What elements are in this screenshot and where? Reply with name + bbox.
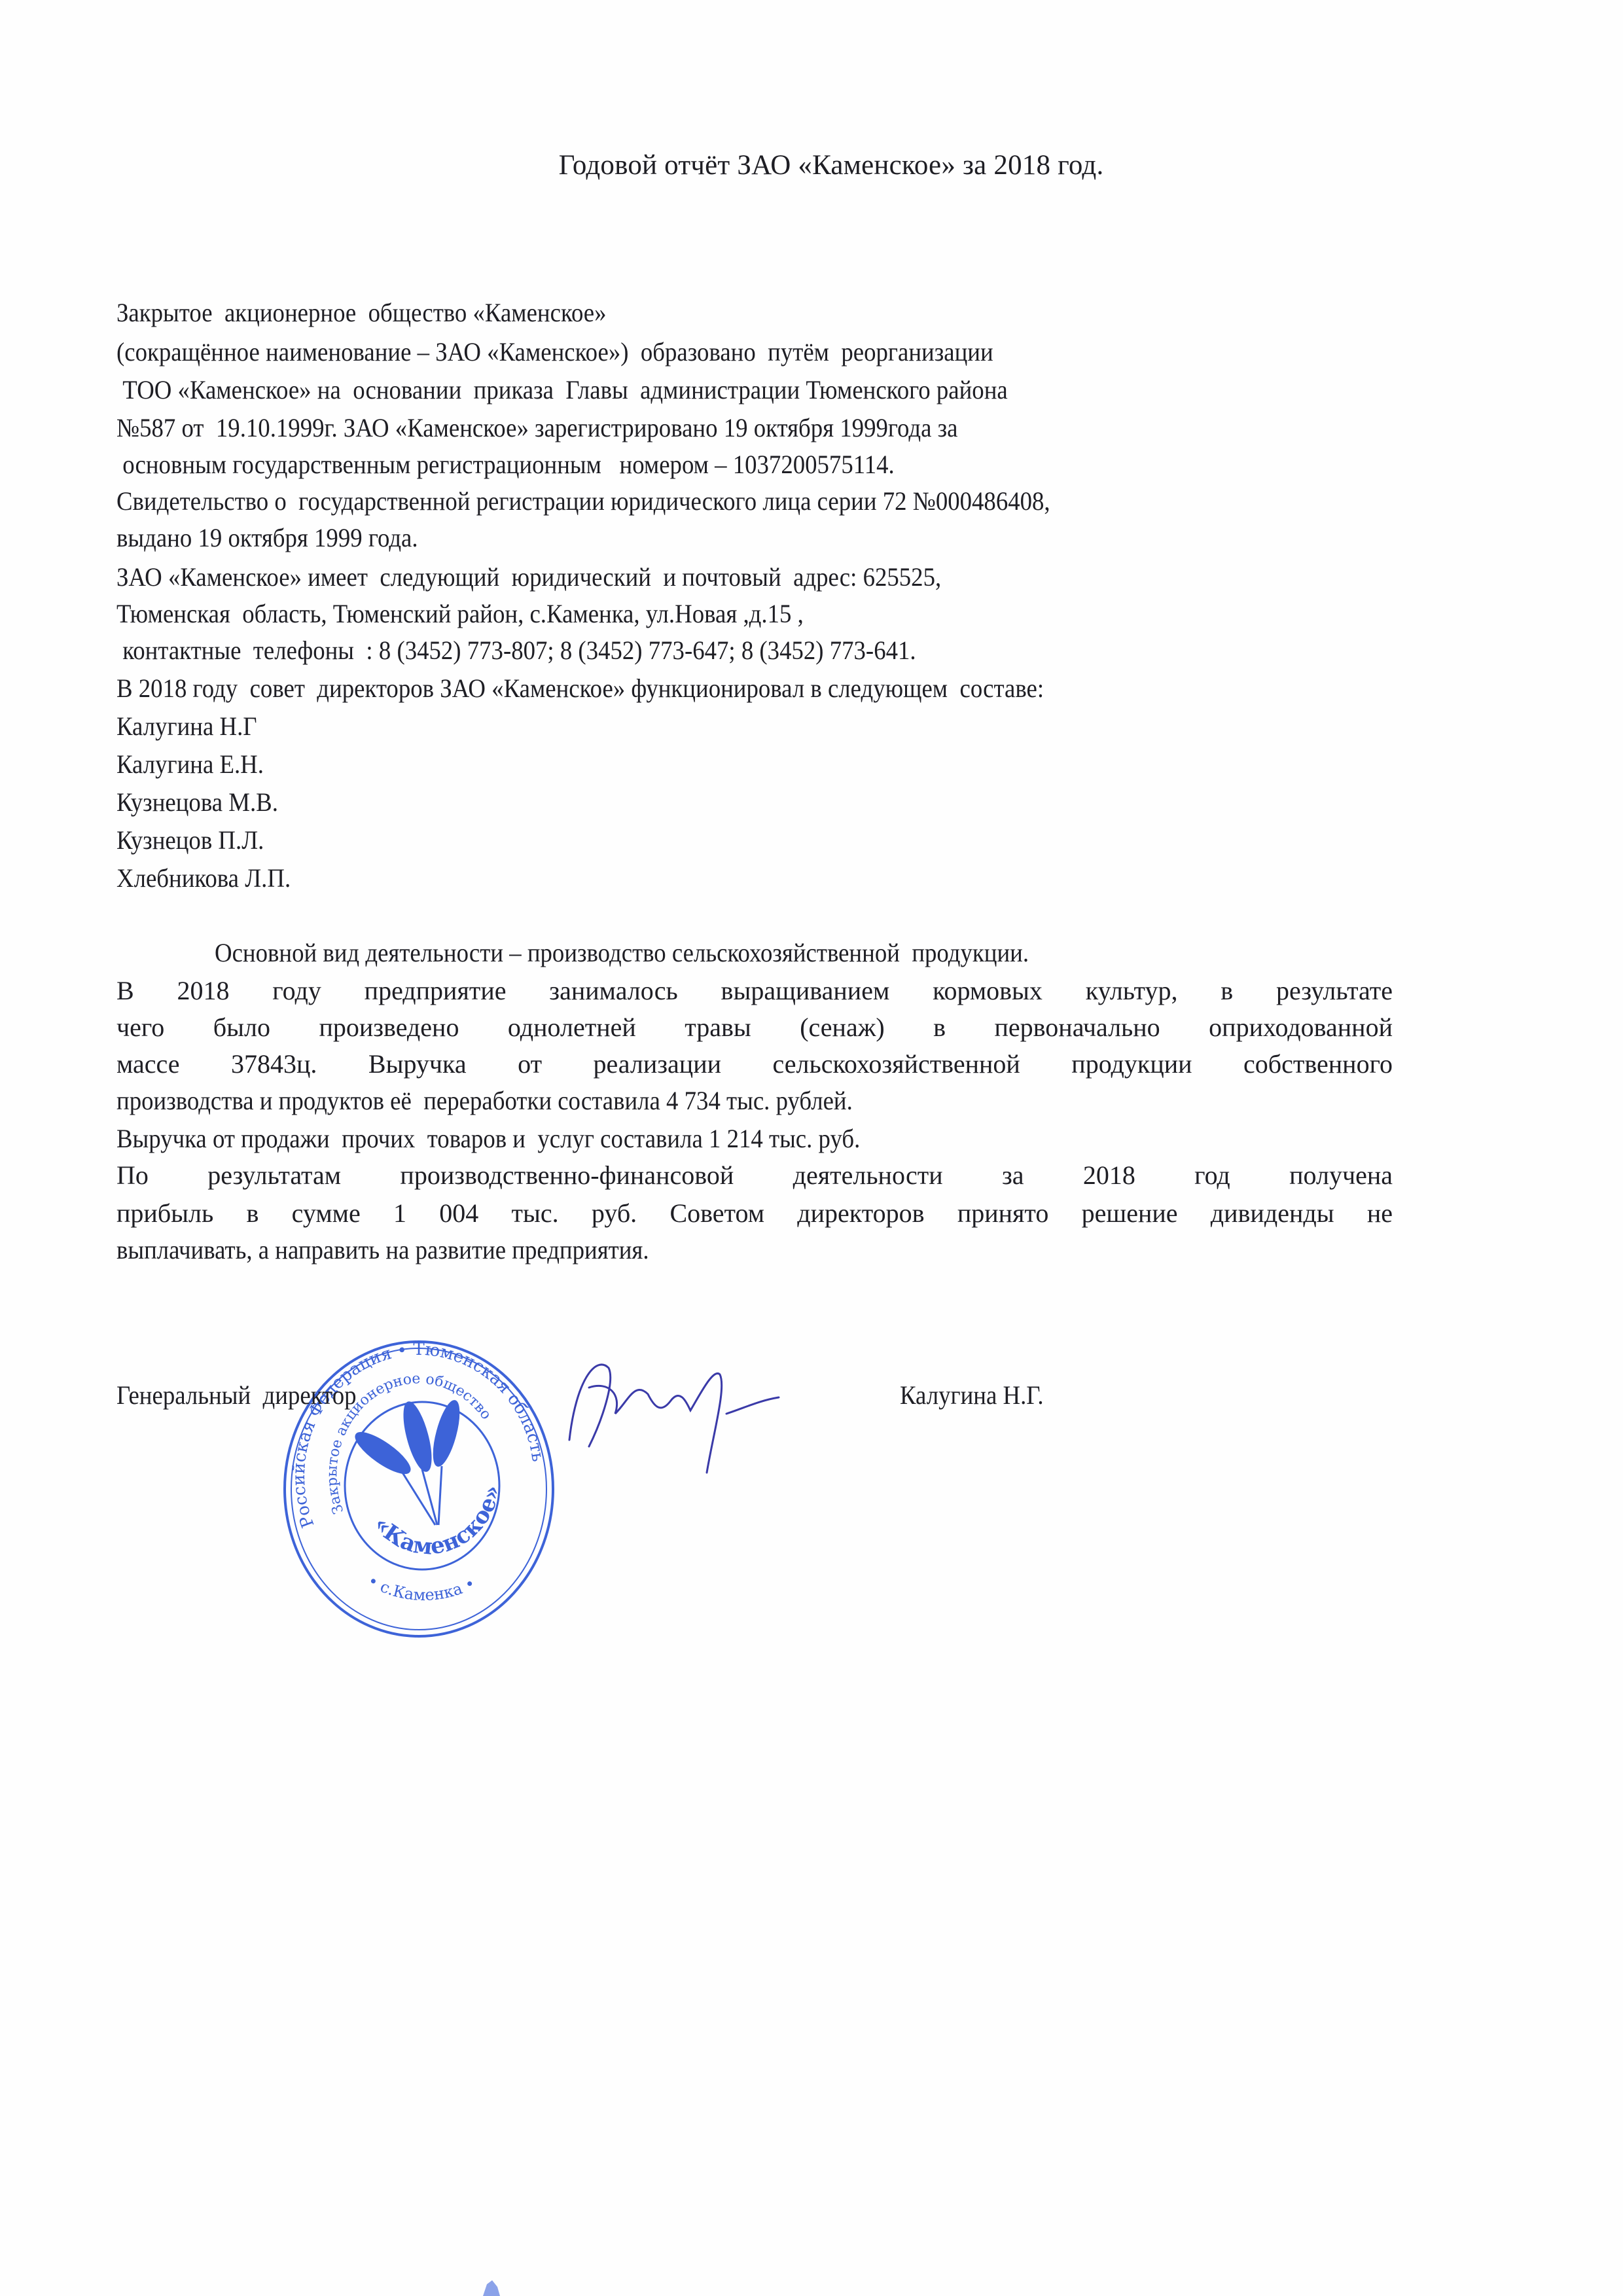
board-member: Калугина Е.Н. <box>116 747 264 781</box>
document-title: Годовой отчёт ЗАО «Каменское» за 2018 го… <box>0 149 1623 181</box>
results-line: прибыль в сумме 1 004 тыс. руб. Советом … <box>116 1196 1393 1230</box>
activity-heading: Основной вид деятельности – производство… <box>215 936 1029 970</box>
intro-line: №587 от 19.10.1999г. ЗАО «Каменское» зар… <box>116 411 958 445</box>
intro-line: ТОО «Каменское» на основании приказа Гла… <box>116 373 1008 407</box>
ink-smudge-icon <box>478 2271 504 2296</box>
results-line: По результатам производственно-финансово… <box>116 1158 1393 1193</box>
activity-line: чего было произведено однолетней травы (… <box>116 1011 1393 1045</box>
intro-line: Закрытое акционерное общество «Каменское… <box>116 296 607 330</box>
signature-position: Генеральный директор <box>116 1380 356 1410</box>
board-member: Кузнецов П.Л. <box>116 823 264 857</box>
activity-line: В 2018 году предприятие занималось выращ… <box>116 974 1393 1008</box>
certificate-line: Свидетельство о государственной регистра… <box>116 484 1050 518</box>
board-member: Калугина Н.Г <box>116 709 257 744</box>
signatory-name: Калугина Н.Г. <box>900 1380 1044 1410</box>
svg-text:• с.Каменка •: • с.Каменка • <box>365 1571 478 1604</box>
phones-line: контактные телефоны : 8 (3452) 773-807; … <box>116 634 916 668</box>
results-line: выплачивать, а направить на развитие пре… <box>116 1233 649 1267</box>
company-stamp-icon: Российская Федерация • Тюменская область… <box>275 1329 563 1643</box>
activity-line: массе 37843ц. Выручка от реализации сель… <box>116 1047 1393 1081</box>
certificate-date: выдано 19 октября 1999 года. <box>116 521 418 555</box>
document-page: Годовой отчёт ЗАО «Каменское» за 2018 го… <box>0 0 1623 2296</box>
intro-line: (сокращённое наименование – ЗАО «Каменск… <box>116 335 993 369</box>
handwritten-signature-icon <box>550 1342 811 1486</box>
address-line: ЗАО «Каменское» имеет следующий юридичес… <box>116 560 941 594</box>
board-member: Хлебникова Л.П. <box>116 861 291 895</box>
registration-number: основным государственным регистрационным… <box>116 448 895 482</box>
board-intro: В 2018 году совет директоров ЗАО «Каменс… <box>116 672 1044 706</box>
other-revenue: Выручка от продажи прочих товаров и услу… <box>116 1122 860 1156</box>
board-member: Кузнецова М.В. <box>116 785 278 819</box>
address-line: Тюменская область, Тюменский район, с.Ка… <box>116 597 804 631</box>
activity-revenue: производства и продуктов её переработки … <box>116 1084 853 1118</box>
